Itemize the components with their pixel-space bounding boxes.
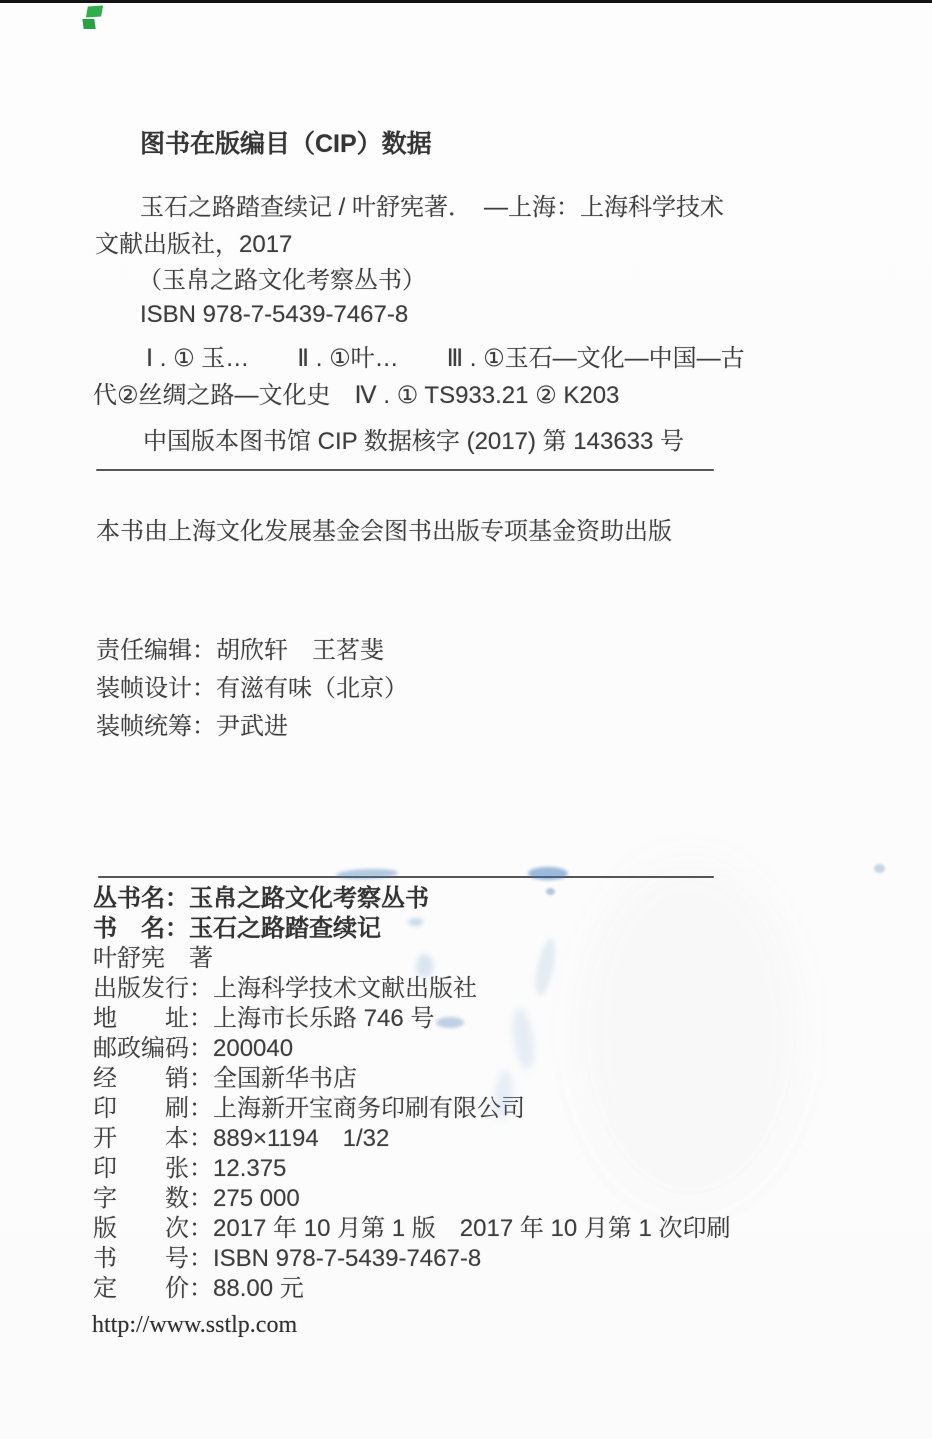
colophon-row-printer: 印 刷：上海新开宝商务印刷有限公司 <box>93 1094 853 1124</box>
colophon-row-wordcount: 字 数：275 000 <box>93 1184 853 1214</box>
colophon-row-isbn: 书 号：ISBN 978-7-5439-7467-8 <box>93 1244 853 1274</box>
colophon-row-title: 书 名：玉石之路踏查续记 <box>93 914 853 944</box>
colophon-value: ISBN 978-7-5439-7467-8 <box>213 1245 481 1272</box>
colophon-label: 地 址： <box>93 1005 213 1032</box>
colophon-value: 叶舒宪 著 <box>93 945 213 972</box>
colophon-block: 丛书名：玉帛之路文化考察丛书 书 名：玉石之路踏查续记 叶舒宪 著 出版发行：上… <box>93 884 853 1304</box>
colophon-row-address: 地 址：上海市长乐路 746 号 <box>93 1004 853 1034</box>
cip-isbn-line: ISBN 978-7-5439-7467-8 <box>140 301 408 329</box>
ink-stain <box>874 864 885 873</box>
colophon-value: 全国新华书店 <box>213 1065 357 1092</box>
colophon-value: 889×1194 1/32 <box>213 1125 389 1152</box>
colophon-row-author: 叶舒宪 著 <box>93 944 853 974</box>
colophon-row-format: 开 本：889×1194 1/32 <box>93 1124 853 1154</box>
colophon-label: 经 销： <box>93 1065 213 1092</box>
binding-coordinator-line: 装帧统筹：尹武进 <box>96 713 288 741</box>
cip-classification-line-2: 代②丝绸之路—文化史 Ⅳ . ① TS933.21 ② K203 <box>93 382 619 410</box>
colophon-value: 2017 年 10 月第 1 版 2017 年 10 月第 1 次印刷 <box>213 1215 731 1242</box>
green-ink-mark <box>82 19 95 29</box>
colophon-value: 玉帛之路文化考察丛书 <box>189 885 429 912</box>
responsible-editor-line: 责任编辑：胡欣轩 王茗斐 <box>96 637 384 665</box>
colophon-value: 200040 <box>213 1035 293 1062</box>
colophon-value: 玉石之路踏查续记 <box>189 915 381 942</box>
cip-classification-line-1: Ⅰ . ① 玉… Ⅱ . ①叶… Ⅲ . ①玉石—文化—中国—古 <box>146 345 745 373</box>
binding-design-line: 装帧设计：有滋有味（北京） <box>96 675 408 703</box>
colophon-value: 上海市长乐路 746 号 <box>213 1005 434 1032</box>
colophon-row-distribution: 经 销：全国新华书店 <box>93 1064 853 1094</box>
colophon-row-publisher: 出版发行：上海科学技术文献出版社 <box>93 974 853 1004</box>
cip-record-number: 中国版本图书馆 CIP 数据核字 (2017) 第 143633 号 <box>143 428 684 456</box>
copyright-page: 图书在版编目（CIP）数据 玉石之路踏查续记 / 叶舒宪著． —上海：上海科学技… <box>0 0 932 1439</box>
ink-stain <box>336 868 398 880</box>
colophon-label: 印 张： <box>93 1155 213 1182</box>
green-ink-mark <box>86 5 103 17</box>
scan-edge-line <box>0 0 932 3</box>
website-url: http://www.sstlp.com <box>92 1312 297 1339</box>
divider-line-bottom <box>98 876 714 878</box>
colophon-row-postcode: 邮政编码：200040 <box>93 1034 853 1064</box>
colophon-row-sheets: 印 张：12.375 <box>93 1154 853 1184</box>
colophon-value: 88.00 元 <box>213 1275 304 1302</box>
colophon-value: 12.375 <box>213 1155 286 1182</box>
divider-line-top <box>96 469 714 471</box>
cip-header: 图书在版编目（CIP）数据 <box>140 130 432 158</box>
funding-statement: 本书由上海文化发展基金会图书出版专项基金资助出版 <box>96 518 672 546</box>
colophon-label: 开 本： <box>93 1125 213 1152</box>
colophon-value: 上海新开宝商务印刷有限公司 <box>213 1095 525 1122</box>
colophon-row-edition: 版 次：2017 年 10 月第 1 版 2017 年 10 月第 1 次印刷 <box>93 1214 853 1244</box>
colophon-label: 书 名： <box>93 915 189 942</box>
cip-series-note: （玉帛之路文化考察丛书） <box>138 267 426 295</box>
colophon-label: 版 次： <box>93 1215 213 1242</box>
colophon-label: 书 号： <box>93 1245 213 1272</box>
colophon-label: 印 刷： <box>93 1095 213 1122</box>
cip-publisher-line: 文献出版社，2017 <box>95 231 292 259</box>
colophon-value: 上海科学技术文献出版社 <box>213 975 477 1002</box>
colophon-label: 定 价： <box>93 1275 213 1302</box>
colophon-label: 出版发行： <box>93 975 213 1002</box>
ink-stain <box>528 867 568 880</box>
colophon-row-price: 定 价：88.00 元 <box>93 1274 853 1304</box>
cip-title-line: 玉石之路踏查续记 / 叶舒宪著． —上海：上海科学技术 <box>140 194 724 222</box>
colophon-label: 字 数： <box>93 1185 213 1212</box>
colophon-label: 丛书名： <box>93 885 189 912</box>
colophon-value: 275 000 <box>213 1185 300 1212</box>
colophon-label: 邮政编码： <box>93 1035 213 1062</box>
colophon-row-series: 丛书名：玉帛之路文化考察丛书 <box>93 884 853 914</box>
